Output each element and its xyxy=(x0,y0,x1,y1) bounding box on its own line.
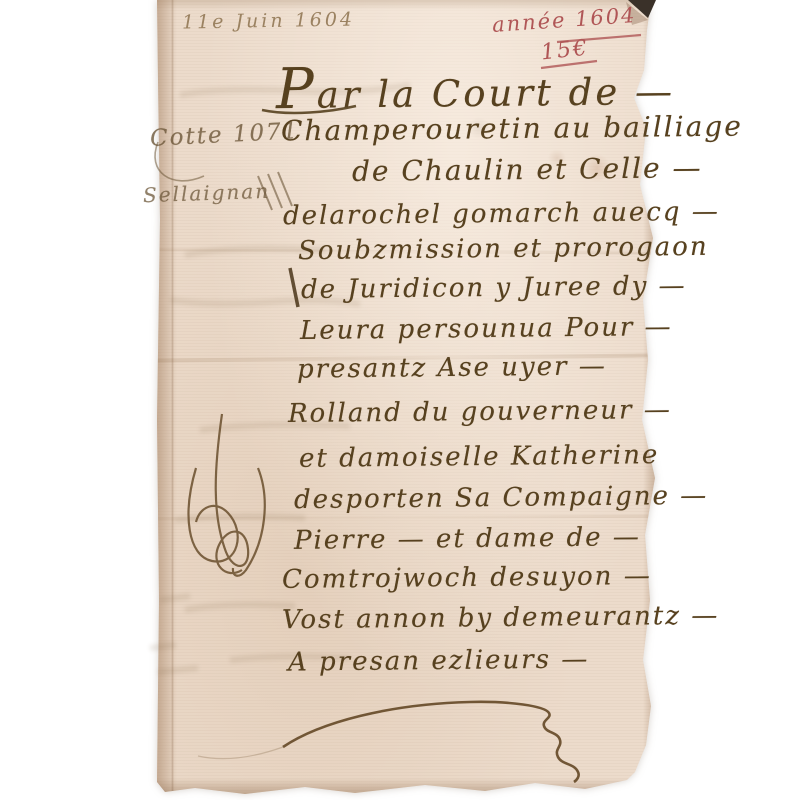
manuscript-line: de Juridicon y Juree dy — xyxy=(301,271,687,305)
manuscript-line: Rolland du gouverneur — xyxy=(288,395,672,429)
manuscript-line: Pierre — et dame de — xyxy=(294,522,641,556)
manuscript-line: Leura persounua Pour — xyxy=(300,312,673,346)
manuscript-line: presantz Ase uyer — xyxy=(297,351,607,384)
annotation-date-handwritten: 11e Juin 1604 xyxy=(182,8,355,33)
manuscript-line: A presan ezlieurs — xyxy=(288,644,590,677)
margin-archivist-signature: Sellaignan xyxy=(143,179,271,207)
manuscript-line: delarochel gomarch auecq — xyxy=(283,197,720,232)
manuscript-line: Soubzmission et prorogaon xyxy=(298,232,709,266)
manuscript-line: desporten Sa Compaigne — xyxy=(294,481,709,515)
horizontal-crease xyxy=(157,515,657,521)
manuscript-line: Comtrojwoch desuyon — xyxy=(282,561,652,595)
manuscript-line: de Chaulin et Celle — xyxy=(352,151,703,188)
manuscript-line: Vost annon by demeurantz — xyxy=(282,601,720,636)
manuscript-line: Champerouretin au bailliage xyxy=(281,110,743,148)
paper-edge-left xyxy=(157,0,177,800)
manuscript-line: et damoiselle Katherine xyxy=(299,440,660,474)
scanned-manuscript-photo: { "document": { "annotations": { "date":… xyxy=(0,0,800,800)
paper-edge-bottom xyxy=(157,778,657,800)
vertical-crease xyxy=(171,0,174,800)
